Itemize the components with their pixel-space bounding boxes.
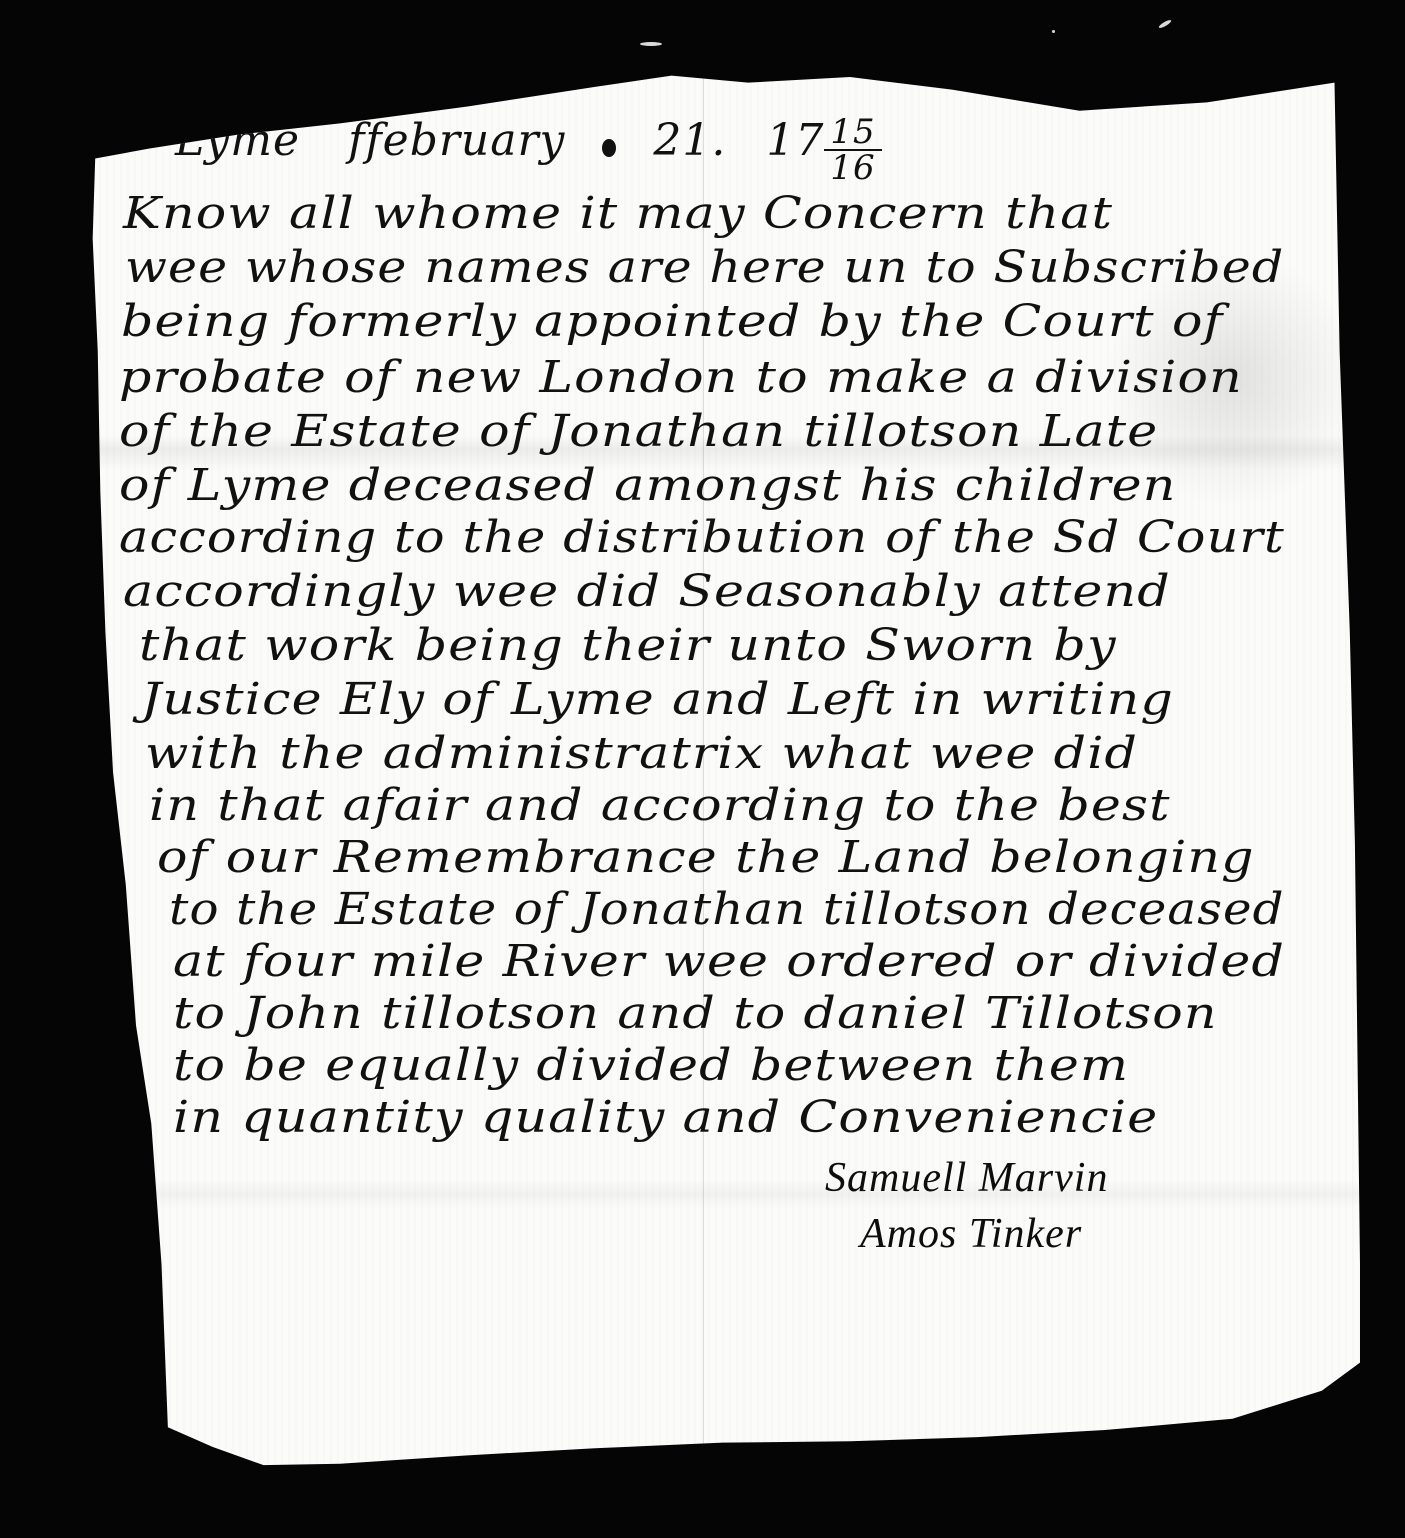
scan-viewport: { "document": { "type": "handwritten man… xyxy=(0,0,1405,1538)
scan-speck xyxy=(640,42,662,46)
body-line-4: probate of new London to make a division xyxy=(119,352,1243,403)
body-line-2: wee whose names are here un to Subscribe… xyxy=(125,242,1284,293)
body-line-10: Justice Ely of Lyme and Left in writing xyxy=(141,674,1174,725)
header-month: ffebruary xyxy=(348,115,565,166)
manuscript-text: Lyme ffebruary 21. 171516 Know all whome… xyxy=(85,70,1360,1475)
body-line-13: of our Remembrance the Land belonging xyxy=(157,832,1255,883)
body-line-5: of the Estate of Jonathan tillotson Late xyxy=(119,406,1158,457)
body-line-8: accordingly wee did Seasonably attend xyxy=(123,566,1171,617)
body-line-17: to be equally divided between them xyxy=(173,1040,1129,1091)
header-year: 17 xyxy=(766,115,824,166)
body-line-12: in that afair and according to the best xyxy=(149,780,1171,831)
header-year-fraction: 1516 xyxy=(824,115,881,185)
body-line-3: being formerly appointed by the Court of xyxy=(121,296,1223,347)
body-line-9: that work being their unto Sworn by xyxy=(139,620,1117,671)
scan-speck xyxy=(1052,30,1055,33)
year-numerator: 15 xyxy=(824,115,881,151)
body-line-11: with the administratrix what wee did xyxy=(145,728,1138,779)
header-day: 21. xyxy=(653,115,726,166)
signature-amos-tinker: Amos Tinker xyxy=(860,1210,1082,1258)
body-line-14: to the Estate of Jonathan tillotson dece… xyxy=(169,884,1285,935)
year-denominator: 16 xyxy=(824,151,881,185)
body-line-1: Know all whome it may Concern that xyxy=(123,188,1113,239)
body-line-6: of Lyme deceased amongst his children xyxy=(119,460,1177,511)
scan-speck xyxy=(1158,19,1172,29)
ink-blot xyxy=(602,139,616,157)
document-header: Lyme ffebruary 21. 171516 xyxy=(175,115,882,185)
signature-samuell-marvin: Samuell Marvin xyxy=(825,1154,1108,1202)
body-line-15: at four mile River wee ordered or divide… xyxy=(173,936,1285,987)
body-line-18: in quantity quality and Conveniencie xyxy=(173,1092,1158,1143)
body-line-7: according to the distribution of the Sd … xyxy=(119,512,1285,563)
manuscript-page: Lyme ffebruary 21. 171516 Know all whome… xyxy=(85,70,1360,1475)
header-place: Lyme xyxy=(175,115,300,166)
body-line-16: to John tillotson and to daniel Tillotso… xyxy=(173,988,1218,1039)
